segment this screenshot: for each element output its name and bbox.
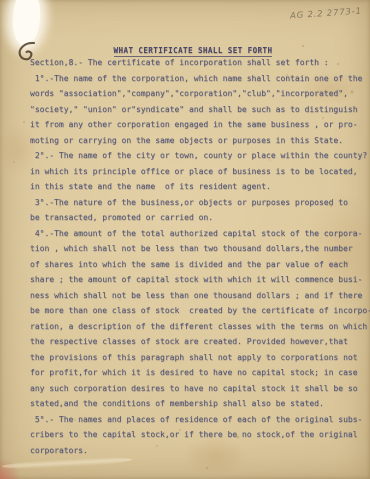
- typewritten-line: corporators.: [30, 443, 370, 459]
- typewritten-line: in this state and the name of its reside…: [30, 179, 370, 195]
- archival-reference-number: AG 2.2 2773-1: [290, 7, 362, 22]
- typewritten-line: any such corporation desires to have no …: [30, 381, 370, 397]
- typewritten-line: 1°.-The name of the corporation, which n…: [30, 71, 370, 87]
- typewritten-line: it from any other corporation engaged in…: [30, 117, 370, 133]
- typewritten-line: stated,and the conditions of membership …: [30, 396, 370, 412]
- typewritten-line: moting or carrying on the same objects o…: [30, 133, 370, 149]
- typewritten-line: 5°.- The names and places of residence o…: [30, 412, 370, 428]
- typewritten-line: 4°.-The amount of the total authorized c…: [30, 226, 370, 242]
- typewritten-line: 2°.- The name of the city or town, count…: [30, 148, 370, 164]
- typewritten-line: in which its principle office or place o…: [30, 164, 370, 180]
- typewritten-line: be transacted, promoted or carried on.: [30, 210, 370, 226]
- typewritten-line: 3°.-The nature of the business,or object…: [30, 195, 370, 211]
- typewritten-line: tion , which shall not be less than two …: [30, 241, 370, 257]
- typewritten-line: share ; the amount of capital stock with…: [30, 272, 370, 288]
- typewritten-line: ness which shall not be less than one th…: [30, 288, 370, 304]
- typewritten-line: Section,8.- The certificate of incorpora…: [30, 55, 370, 71]
- typewritten-line: the respective classes of stock are crea…: [30, 334, 370, 350]
- typewritten-line: for profit,for which it is desired to ha…: [30, 365, 370, 381]
- typewritten-body: Section,8.- The certificate of incorpora…: [30, 55, 370, 458]
- typewritten-line: "society," "union" or"syndicate" and sha…: [30, 102, 370, 118]
- typewritten-line: be more than one class of stock created …: [30, 303, 370, 319]
- document-page: AG 2.2 2773-1 WHAT CERTIFICATE SHALL SET…: [0, 0, 370, 479]
- typewritten-line: the provisions of this paragraph shall n…: [30, 350, 370, 366]
- typewritten-line: cribers to the capital stock,or if there…: [30, 427, 370, 443]
- typewritten-line: of shares into which the same is divided…: [30, 257, 370, 273]
- typewritten-line: words "association","company","corporati…: [30, 86, 370, 102]
- typewritten-line: ration, a description of the different c…: [30, 319, 370, 335]
